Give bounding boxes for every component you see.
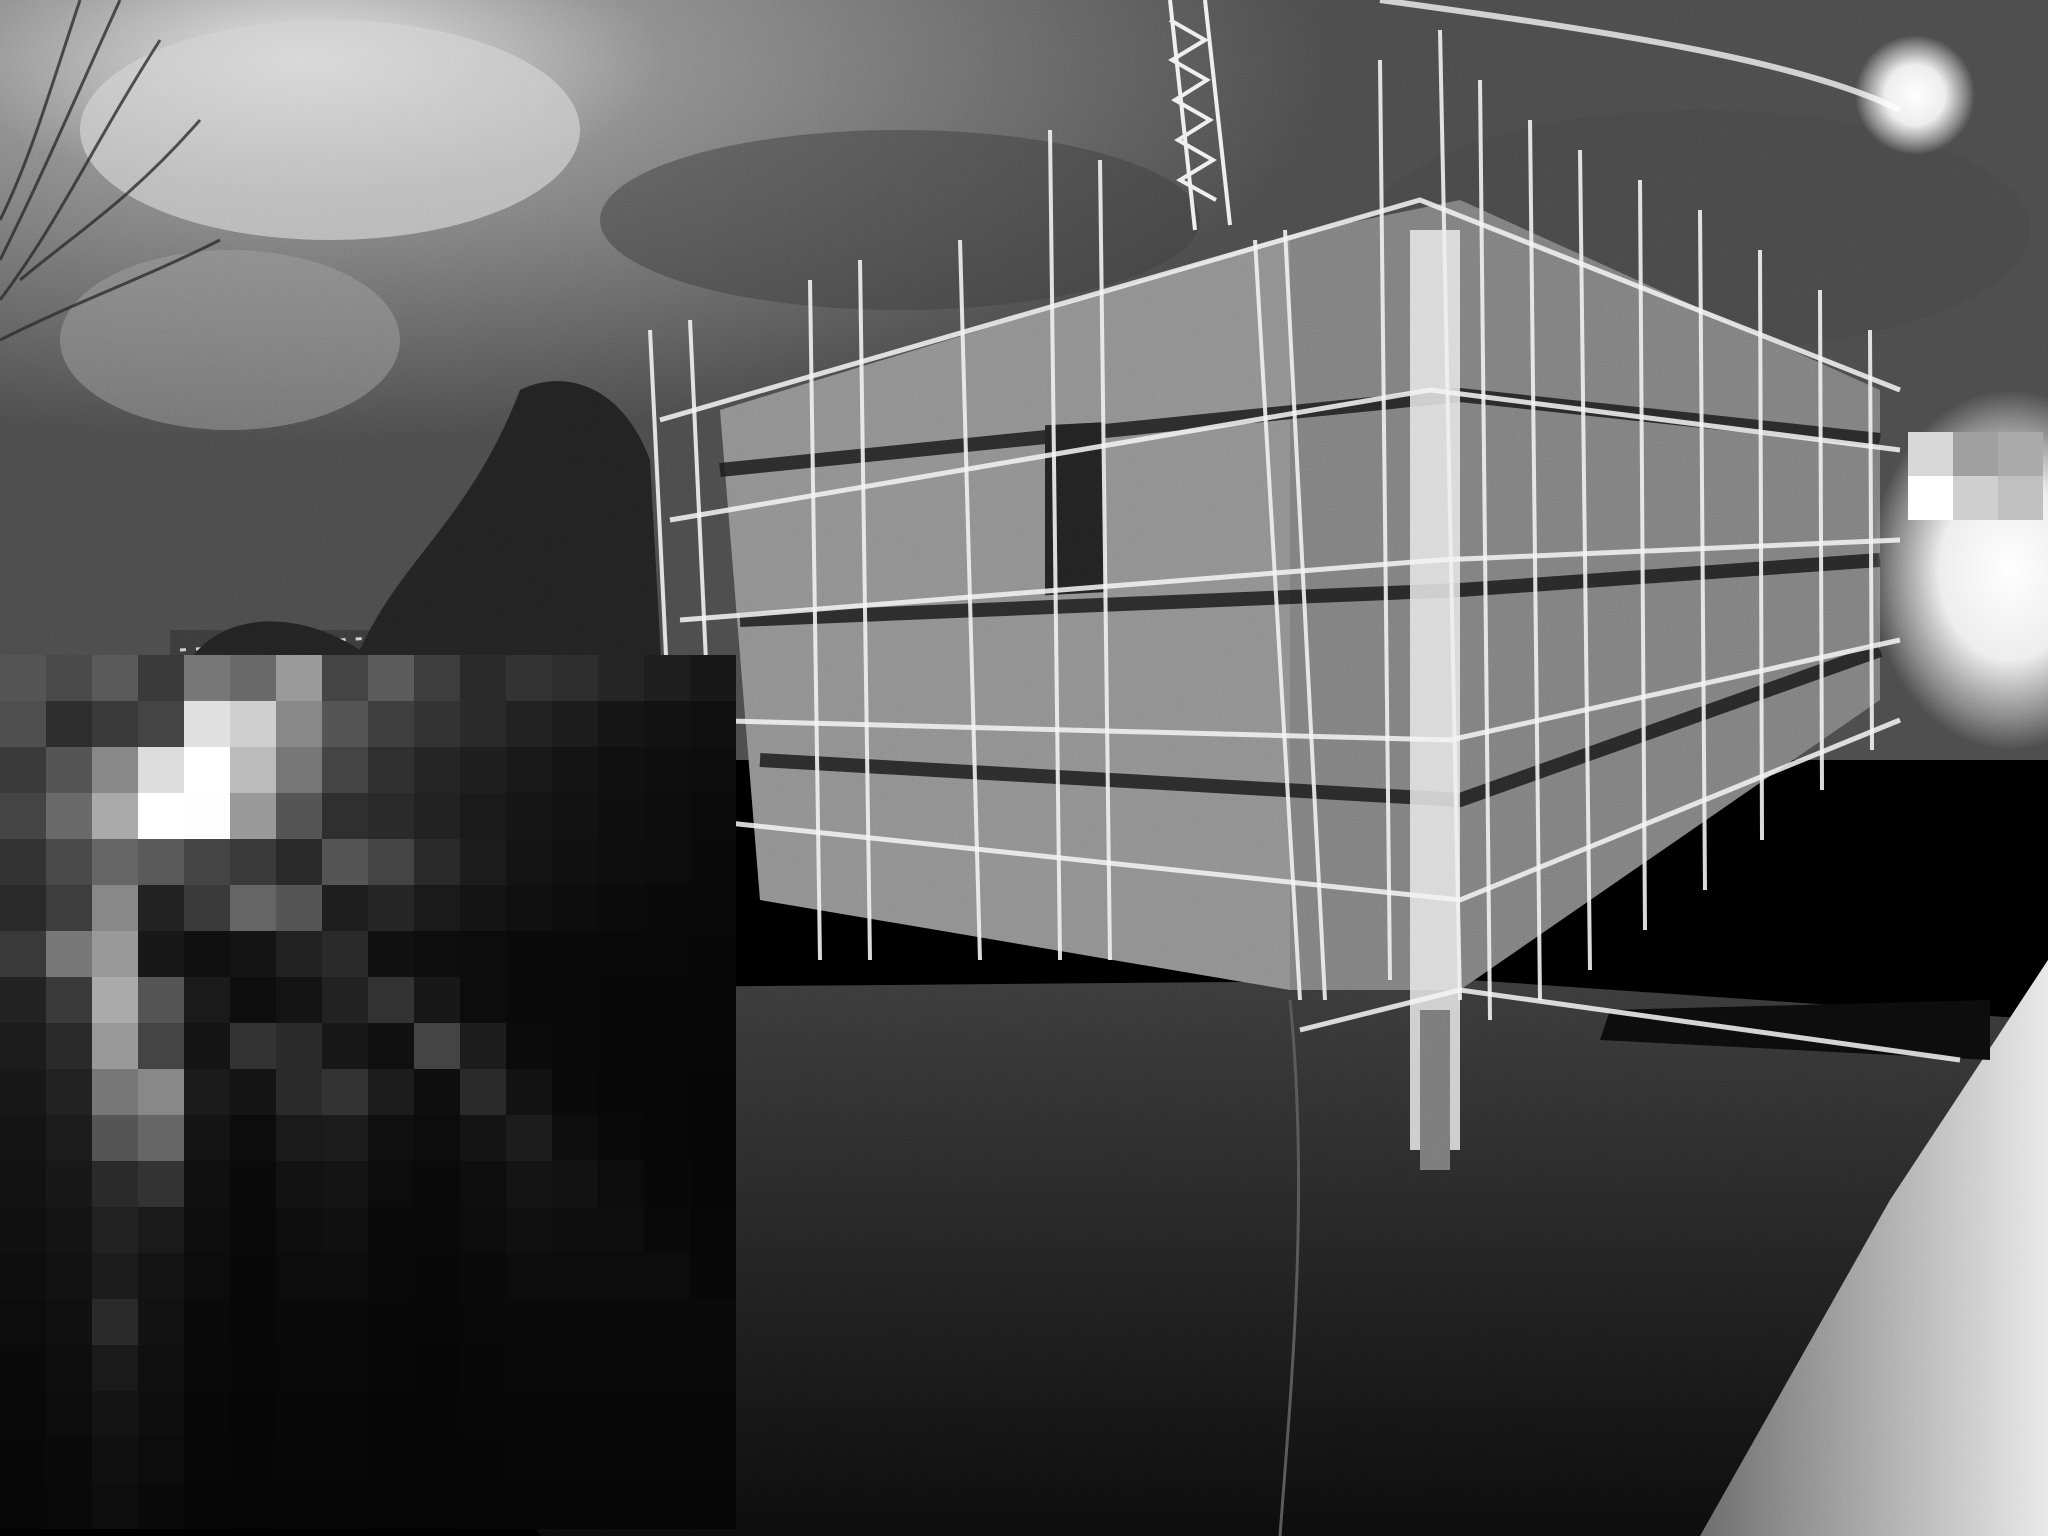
mosaic-cell <box>368 839 414 885</box>
mosaic-cell <box>460 1437 506 1483</box>
mosaic-cell <box>598 747 644 793</box>
mosaic-cell <box>644 655 690 701</box>
mosaic-cell <box>230 793 276 839</box>
mosaic-cell <box>46 1207 92 1253</box>
mosaic-cell <box>644 793 690 839</box>
mosaic-cell <box>276 1023 322 1069</box>
mosaic-cell <box>506 1115 552 1161</box>
mosaic-cell <box>414 885 460 931</box>
mosaic-cell <box>598 1023 644 1069</box>
mosaic-cell <box>368 931 414 977</box>
mosaic-cell <box>598 1391 644 1437</box>
mosaic-cell <box>598 1345 644 1391</box>
mosaic-cell <box>184 1253 230 1299</box>
mosaic-cell <box>552 885 598 931</box>
mosaic-cell <box>230 839 276 885</box>
mosaic-cell <box>322 1345 368 1391</box>
mosaic-cell <box>0 1069 46 1115</box>
mosaic-cell <box>92 1299 138 1345</box>
mosaic-cell <box>644 747 690 793</box>
mosaic-cell <box>598 1299 644 1345</box>
mosaic-cell <box>230 1069 276 1115</box>
mosaic-cell <box>368 655 414 701</box>
mosaic-cell <box>506 885 552 931</box>
mosaic-cell <box>138 1069 184 1115</box>
mosaic-cell <box>138 1207 184 1253</box>
mosaic-cell <box>414 747 460 793</box>
mosaic-cell <box>414 977 460 1023</box>
mosaic-cell <box>46 839 92 885</box>
mosaic-cell <box>92 977 138 1023</box>
mosaic-cell <box>138 977 184 1023</box>
mosaic-cell <box>46 1069 92 1115</box>
mosaic-cell <box>138 701 184 747</box>
mosaic-cell <box>230 1207 276 1253</box>
mosaic-cell <box>644 931 690 977</box>
mosaic-cell <box>460 1115 506 1161</box>
mosaic-cell <box>460 655 506 701</box>
mosaic-cell <box>368 701 414 747</box>
mosaic-cell <box>690 1161 736 1207</box>
mosaic-cell <box>138 655 184 701</box>
mosaic-cell <box>184 793 230 839</box>
mosaic-cell <box>322 885 368 931</box>
mosaic-cell <box>368 1391 414 1437</box>
mosaic-cell <box>276 931 322 977</box>
mosaic-cell <box>1998 432 2043 476</box>
mosaic-cell <box>0 1345 46 1391</box>
mosaic-cell <box>690 1253 736 1299</box>
mosaic-cell <box>690 839 736 885</box>
mosaic-cell <box>0 1115 46 1161</box>
mosaic-cell <box>414 931 460 977</box>
mosaic-cell <box>92 1069 138 1115</box>
mosaic-cell <box>506 1023 552 1069</box>
mosaic-cell <box>322 977 368 1023</box>
mosaic-cell <box>184 1345 230 1391</box>
mosaic-cell <box>92 1161 138 1207</box>
mosaic-cell <box>276 1253 322 1299</box>
mosaic-cell <box>322 1115 368 1161</box>
mosaic-cell <box>552 1253 598 1299</box>
mosaic-cell <box>46 1391 92 1437</box>
mosaic-cell <box>644 1345 690 1391</box>
mosaic-cell <box>92 747 138 793</box>
mosaic-cell <box>368 1253 414 1299</box>
mosaic-cell <box>552 931 598 977</box>
mosaic-cell <box>138 793 184 839</box>
mosaic-cell <box>506 977 552 1023</box>
mosaic-cell <box>414 1345 460 1391</box>
mosaic-cell <box>506 1161 552 1207</box>
mosaic-cell <box>276 1345 322 1391</box>
mosaic-cell <box>46 793 92 839</box>
mosaic-cell <box>230 885 276 931</box>
mosaic-cell <box>552 655 598 701</box>
mosaic-cell <box>690 655 736 701</box>
mosaic-cell <box>690 1023 736 1069</box>
mosaic-cell <box>368 1115 414 1161</box>
mosaic-cell <box>0 701 46 747</box>
mosaic-cell <box>506 1299 552 1345</box>
mosaic-cell <box>552 1345 598 1391</box>
mosaic-cell <box>460 977 506 1023</box>
mosaic-cell <box>644 1437 690 1483</box>
mosaic-cell <box>184 1207 230 1253</box>
mosaic-cell <box>644 885 690 931</box>
mosaic-cell <box>46 1345 92 1391</box>
mosaic-cell <box>368 1161 414 1207</box>
mosaic-cell <box>0 1161 46 1207</box>
mosaic-cell <box>46 885 92 931</box>
mosaic-cell <box>184 701 230 747</box>
mosaic-cell <box>690 1345 736 1391</box>
mosaic-cell <box>552 701 598 747</box>
mosaic-cell <box>1908 476 1953 520</box>
mosaic-cell <box>690 1299 736 1345</box>
mosaic-cell <box>276 655 322 701</box>
mosaic-cell <box>1953 432 1998 476</box>
mosaic-cell <box>598 1161 644 1207</box>
mosaic-cell <box>276 701 322 747</box>
mosaic-cell <box>184 1023 230 1069</box>
mosaic-cell <box>0 1253 46 1299</box>
mosaic-cell <box>368 1207 414 1253</box>
mosaic-cell <box>552 1115 598 1161</box>
mosaic-cell <box>46 1161 92 1207</box>
mosaic-cell <box>414 839 460 885</box>
mosaic-cell <box>322 1391 368 1437</box>
mosaic-cell <box>598 1483 644 1529</box>
mosaic-cell <box>414 1253 460 1299</box>
mosaic-cell <box>644 1253 690 1299</box>
mosaic-cell <box>322 839 368 885</box>
mosaic-cell <box>598 1069 644 1115</box>
mosaic-cell <box>138 1253 184 1299</box>
mosaic-cell <box>322 655 368 701</box>
mosaic-cell <box>0 1483 46 1529</box>
privacy-mosaic-right <box>1908 432 2048 532</box>
mosaic-cell <box>276 1299 322 1345</box>
mosaic-cell <box>414 701 460 747</box>
mosaic-cell <box>368 747 414 793</box>
mosaic-cell <box>276 1483 322 1529</box>
mosaic-cell <box>506 793 552 839</box>
mosaic-cell <box>92 1115 138 1161</box>
mosaic-cell <box>276 1161 322 1207</box>
mosaic-cell <box>506 747 552 793</box>
mosaic-cell <box>460 931 506 977</box>
mosaic-cell <box>184 655 230 701</box>
mosaic-cell <box>506 1437 552 1483</box>
mosaic-cell <box>184 977 230 1023</box>
mosaic-cell <box>644 1207 690 1253</box>
mosaic-cell <box>506 655 552 701</box>
mosaic-cell <box>644 977 690 1023</box>
mosaic-cell <box>460 1161 506 1207</box>
mosaic-cell <box>598 885 644 931</box>
mosaic-cell <box>46 1253 92 1299</box>
mosaic-cell <box>230 1253 276 1299</box>
mosaic-cell <box>644 1069 690 1115</box>
mosaic-cell <box>92 655 138 701</box>
mosaic-cell <box>230 1391 276 1437</box>
mosaic-cell <box>230 977 276 1023</box>
mosaic-cell <box>0 1023 46 1069</box>
mosaic-cell <box>506 1483 552 1529</box>
mosaic-cell <box>184 747 230 793</box>
mosaic-cell <box>552 1207 598 1253</box>
mosaic-cell <box>0 1207 46 1253</box>
mosaic-cell <box>322 701 368 747</box>
mosaic-cell <box>460 793 506 839</box>
mosaic-cell <box>598 793 644 839</box>
mosaic-cell <box>414 793 460 839</box>
mosaic-cell <box>276 1207 322 1253</box>
mosaic-cell <box>690 1207 736 1253</box>
mosaic-cell <box>276 1391 322 1437</box>
mosaic-cell <box>184 931 230 977</box>
mosaic-cell <box>368 1069 414 1115</box>
mosaic-cell <box>414 1437 460 1483</box>
mosaic-cell <box>644 839 690 885</box>
mosaic-cell <box>368 1437 414 1483</box>
mosaic-cell <box>644 1483 690 1529</box>
mosaic-cell <box>460 1069 506 1115</box>
mosaic-cell <box>230 701 276 747</box>
mosaic-cell <box>1998 476 2043 520</box>
mosaic-cell <box>644 1161 690 1207</box>
mosaic-cell <box>552 1069 598 1115</box>
mosaic-cell <box>46 1115 92 1161</box>
mosaic-cell <box>644 1391 690 1437</box>
mosaic-cell <box>460 1299 506 1345</box>
mosaic-cell <box>276 1069 322 1115</box>
mosaic-cell <box>414 1115 460 1161</box>
mosaic-cell <box>322 1253 368 1299</box>
mosaic-cell <box>368 1483 414 1529</box>
mosaic-cell <box>322 1207 368 1253</box>
mosaic-cell <box>644 1299 690 1345</box>
mosaic-cell <box>276 1437 322 1483</box>
mosaic-cell <box>276 793 322 839</box>
mosaic-cell <box>138 1299 184 1345</box>
mosaic-cell <box>690 1115 736 1161</box>
mosaic-cell <box>46 931 92 977</box>
mosaic-cell <box>598 977 644 1023</box>
mosaic-cell <box>92 839 138 885</box>
mosaic-cell <box>184 1161 230 1207</box>
mosaic-cell <box>598 1207 644 1253</box>
mosaic-cell <box>460 1023 506 1069</box>
mosaic-cell <box>552 747 598 793</box>
mosaic-cell <box>0 793 46 839</box>
mosaic-cell <box>690 1391 736 1437</box>
mosaic-cell <box>506 701 552 747</box>
mosaic-cell <box>368 793 414 839</box>
mosaic-cell <box>0 839 46 885</box>
mosaic-cell <box>368 885 414 931</box>
mosaic-cell <box>184 1437 230 1483</box>
mosaic-cell <box>690 1483 736 1529</box>
mosaic-cell <box>0 655 46 701</box>
mosaic-cell <box>552 1483 598 1529</box>
mosaic-cell <box>414 1069 460 1115</box>
mosaic-cell <box>598 701 644 747</box>
mosaic-cell <box>276 839 322 885</box>
mosaic-cell <box>184 885 230 931</box>
mosaic-cell <box>230 1437 276 1483</box>
mosaic-cell <box>230 1115 276 1161</box>
mosaic-cell <box>138 1345 184 1391</box>
mosaic-cell <box>552 839 598 885</box>
mosaic-cell <box>552 1023 598 1069</box>
mosaic-cell <box>322 747 368 793</box>
mosaic-cell <box>644 701 690 747</box>
mosaic-cell <box>0 747 46 793</box>
mosaic-cell <box>184 839 230 885</box>
mosaic-cell <box>460 839 506 885</box>
mosaic-cell <box>322 1483 368 1529</box>
mosaic-cell <box>92 1391 138 1437</box>
mosaic-cell <box>92 1437 138 1483</box>
mosaic-cell <box>230 655 276 701</box>
mosaic-cell <box>322 1299 368 1345</box>
mosaic-cell <box>322 1069 368 1115</box>
mosaic-cell <box>644 1115 690 1161</box>
mosaic-cell <box>138 747 184 793</box>
mosaic-cell <box>46 1483 92 1529</box>
mosaic-cell <box>552 1391 598 1437</box>
mosaic-cell <box>1953 476 1998 520</box>
mosaic-cell <box>92 1345 138 1391</box>
mosaic-cell <box>460 747 506 793</box>
mosaic-cell <box>690 931 736 977</box>
mosaic-cell <box>46 977 92 1023</box>
mosaic-cell <box>92 793 138 839</box>
mosaic-cell <box>138 885 184 931</box>
mosaic-cell <box>690 1437 736 1483</box>
mosaic-cell <box>138 1483 184 1529</box>
mosaic-cell <box>552 1161 598 1207</box>
mosaic-cell <box>138 839 184 885</box>
mosaic-cell <box>322 793 368 839</box>
mosaic-cell <box>460 885 506 931</box>
mosaic-cell <box>414 1483 460 1529</box>
mosaic-cell <box>414 1207 460 1253</box>
mosaic-cell <box>368 1023 414 1069</box>
mosaic-cell <box>0 885 46 931</box>
mosaic-cell <box>598 839 644 885</box>
mosaic-cell <box>276 747 322 793</box>
mosaic-cell <box>368 1345 414 1391</box>
mosaic-cell <box>92 1023 138 1069</box>
mosaic-cell <box>92 701 138 747</box>
mosaic-cell <box>506 931 552 977</box>
mosaic-cell <box>552 1299 598 1345</box>
mosaic-cell <box>184 1483 230 1529</box>
mosaic-cell <box>184 1391 230 1437</box>
mosaic-cell <box>414 1391 460 1437</box>
mosaic-cell <box>322 1023 368 1069</box>
mosaic-cell <box>92 1207 138 1253</box>
mosaic-cell <box>1908 432 1953 476</box>
mosaic-cell <box>138 931 184 977</box>
mosaic-cell <box>0 977 46 1023</box>
mosaic-cell <box>0 1391 46 1437</box>
mosaic-cell <box>460 701 506 747</box>
mosaic-cell <box>276 1115 322 1161</box>
mosaic-cell <box>460 1253 506 1299</box>
mosaic-cell <box>460 1207 506 1253</box>
mosaic-cell <box>322 1161 368 1207</box>
mosaic-cell <box>506 1253 552 1299</box>
mosaic-cell <box>552 977 598 1023</box>
mosaic-cell <box>46 1437 92 1483</box>
mosaic-cell <box>690 885 736 931</box>
mosaic-cell <box>506 1207 552 1253</box>
mosaic-cell <box>92 1483 138 1529</box>
mosaic-cell <box>92 931 138 977</box>
mosaic-cell <box>230 1345 276 1391</box>
mosaic-cell <box>690 977 736 1023</box>
mosaic-cell <box>368 977 414 1023</box>
mosaic-cell <box>46 1299 92 1345</box>
mosaic-cell <box>92 1253 138 1299</box>
mosaic-cell <box>460 1345 506 1391</box>
mosaic-cell <box>414 1299 460 1345</box>
mosaic-cell <box>0 931 46 977</box>
mosaic-cell <box>184 1299 230 1345</box>
mosaic-cell <box>598 931 644 977</box>
mosaic-cell <box>598 655 644 701</box>
mosaic-cell <box>506 839 552 885</box>
mosaic-cell <box>414 1023 460 1069</box>
mosaic-cell <box>506 1069 552 1115</box>
mosaic-cell <box>46 1023 92 1069</box>
mosaic-cell <box>690 701 736 747</box>
mosaic-cell <box>276 977 322 1023</box>
mosaic-cell <box>276 885 322 931</box>
mosaic-cell <box>506 1345 552 1391</box>
mosaic-cell <box>598 1115 644 1161</box>
mosaic-cell <box>138 1437 184 1483</box>
mosaic-cell <box>368 1299 414 1345</box>
mosaic-cell <box>690 793 736 839</box>
mosaic-cell <box>230 747 276 793</box>
mosaic-cell <box>552 793 598 839</box>
mosaic-cell <box>460 1391 506 1437</box>
mosaic-cell <box>230 1023 276 1069</box>
mosaic-cell <box>184 1115 230 1161</box>
mosaic-cell <box>644 1023 690 1069</box>
mosaic-cell <box>46 701 92 747</box>
mosaic-cell <box>598 1437 644 1483</box>
privacy-mosaic-left <box>0 655 740 1536</box>
mosaic-cell <box>46 655 92 701</box>
mosaic-cell <box>230 1299 276 1345</box>
mosaic-cell <box>414 655 460 701</box>
mosaic-cell <box>92 885 138 931</box>
mosaic-cell <box>690 747 736 793</box>
mosaic-cell <box>230 1161 276 1207</box>
mosaic-cell <box>230 931 276 977</box>
mosaic-cell <box>138 1115 184 1161</box>
mosaic-cell <box>138 1391 184 1437</box>
mosaic-cell <box>506 1391 552 1437</box>
mosaic-cell <box>0 1299 46 1345</box>
mosaic-cell <box>138 1023 184 1069</box>
